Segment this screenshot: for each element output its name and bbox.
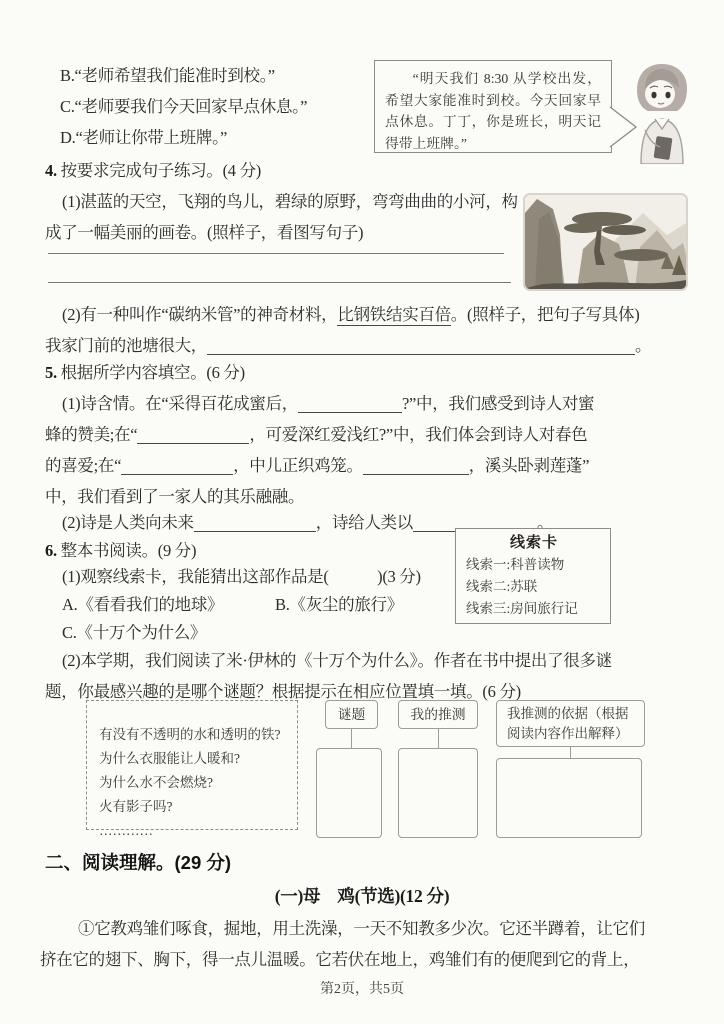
fill-box-riddle: [316, 748, 382, 838]
q4-part2-line1: (2)有一种叫作“碳纳米管”的神奇材料，比钢铁结实百倍。(照样子，把句子写具体): [62, 301, 639, 325]
q4-number: 4.: [45, 161, 57, 180]
section2-header: 二、阅读理解。(29 分): [45, 849, 231, 875]
blank-field: [194, 516, 316, 533]
speech-text: “明天我们 8:30 从学校出发，希望大家能准时到校。今天回家早点休息。丁丁，你…: [385, 71, 601, 151]
column-label-riddle: 谜题: [325, 700, 378, 729]
q6-option-c: C.《十万个为什么》: [62, 619, 206, 643]
q5-part1-line4: 中，我们看到了一家人的其乐融融。: [45, 483, 304, 507]
passage-title: (一)母 鸡(节选)(12 分): [0, 883, 724, 908]
q6-number: 6.: [45, 541, 57, 560]
q5-number: 5.: [45, 363, 57, 382]
teacher-illustration-icon: [621, 58, 703, 164]
riddle-line-3: 为什么水不会燃烧?: [99, 771, 297, 795]
riddle-list-box: 有没有不透明的水和透明的铁? 为什么衣服能让人暖和? 为什么水不会燃烧? 火有影…: [86, 700, 298, 830]
answer-line-1: [48, 253, 504, 254]
q4-part1-line1: (1)湛蓝的天空，飞翔的鸟儿，碧绿的原野，弯弯曲曲的小河，构: [62, 188, 518, 212]
clue-3: 线索三:房间旅行记: [466, 598, 602, 620]
riddle-line-4: 火有影子吗?: [99, 795, 297, 819]
mountain-photo-art: [525, 195, 686, 289]
q3-option-c: C.“老师要我们今天回家早点休息。”: [60, 93, 307, 117]
connector-line: [438, 729, 439, 748]
passage-line-2: 挤在它的翅下、胸下，得一点儿温暖。它若伏在地上，鸡雏们有的便爬到它的背上，: [40, 946, 639, 970]
q3-option-d: D.“老师让你带上班牌。”: [60, 124, 227, 148]
test-paper-page: B.“老师希望我们能准时到校。” C.“老师要我们今天回家早点休息。” D.“老…: [0, 0, 724, 1024]
fill-box-guess: [398, 748, 478, 838]
q6-title: 6. 整本书阅读。(9 分): [45, 537, 196, 561]
teacher-speech-bubble: “明天我们 8:30 从学校出发，希望大家能准时到校。今天回家早点休息。丁丁，你…: [374, 60, 612, 153]
q4-part1-line2: 成了一幅美丽的画卷。(照样子，看图写句子): [45, 219, 363, 243]
mountain-pine-photo: [523, 193, 688, 291]
fill-box-basis: [496, 758, 642, 838]
q5-part1-line3: 的喜爱;在“，中儿正织鸡笼。，溪头卧剥莲蓬”: [45, 452, 589, 476]
riddle-line-1: 有没有不透明的水和透明的铁?: [99, 723, 297, 747]
q4-part2-line2: 我家门前的池塘很大，。: [45, 332, 651, 356]
connector-line: [351, 729, 352, 748]
clue-2: 线索二:苏联: [466, 576, 602, 598]
clue-card-title: 线索卡: [466, 532, 602, 554]
q4-title: 4. 按要求完成句子练习。(4 分): [45, 157, 261, 181]
q5-part1-line1: (1)诗含情。在“采得百花成蜜后，?”中，我们感受到诗人对蜜: [62, 390, 594, 414]
passage-line-1: ①它教鸡雏们啄食，掘地，用土洗澡，一天不知教多少次。它还半蹲着，让它们: [78, 915, 645, 939]
blank-field: [137, 428, 249, 445]
connector-line: [570, 747, 571, 758]
clue-card: 线索卡 线索一:科普读物 线索二:苏联 线索三:房间旅行记: [455, 528, 611, 624]
q6-option-b: B.《灰尘的旅行》: [275, 591, 403, 615]
column-label-guess: 我的推测: [398, 700, 478, 729]
q6-part1: (1)观察线索卡，我能猜出这部作品是( )(3 分): [62, 563, 421, 587]
q5-part1-line2: 蜂的赞美;在“，可爱深红爱浅红?”中，我们体会到诗人对春色: [45, 421, 587, 445]
q5-title: 5. 根据所学内容填空。(6 分): [45, 359, 245, 383]
blank-field: [363, 459, 469, 476]
blank-field: [121, 459, 233, 476]
blank-field: [207, 339, 635, 356]
riddle-line-5: …………: [99, 819, 297, 843]
underlined-example-phrase: 比钢铁结实百倍: [337, 305, 450, 326]
q3-option-b: B.“老师希望我们能准时到校。”: [60, 62, 275, 86]
clue-1: 线索一:科普读物: [466, 554, 602, 576]
answer-line-2: [48, 282, 511, 283]
q6-option-a: A.《看看我们的地球》: [62, 591, 223, 615]
q6-part2-line2: 题，你最感兴趣的是哪个谜题？根据提示在相应位置填一填。(6 分): [45, 678, 521, 702]
blank-field: [298, 397, 402, 414]
riddle-line-2: 为什么衣服能让人暖和?: [99, 747, 297, 771]
q6-part2-line1: (2)本学期，我们阅读了米·伊林的《十万个为什么》。作者在书中提出了很多谜: [62, 647, 612, 671]
page-number: 第2页，共5页: [0, 978, 724, 998]
column-label-basis: 我推测的依据（根据阅读内容作出解释）: [496, 700, 645, 747]
